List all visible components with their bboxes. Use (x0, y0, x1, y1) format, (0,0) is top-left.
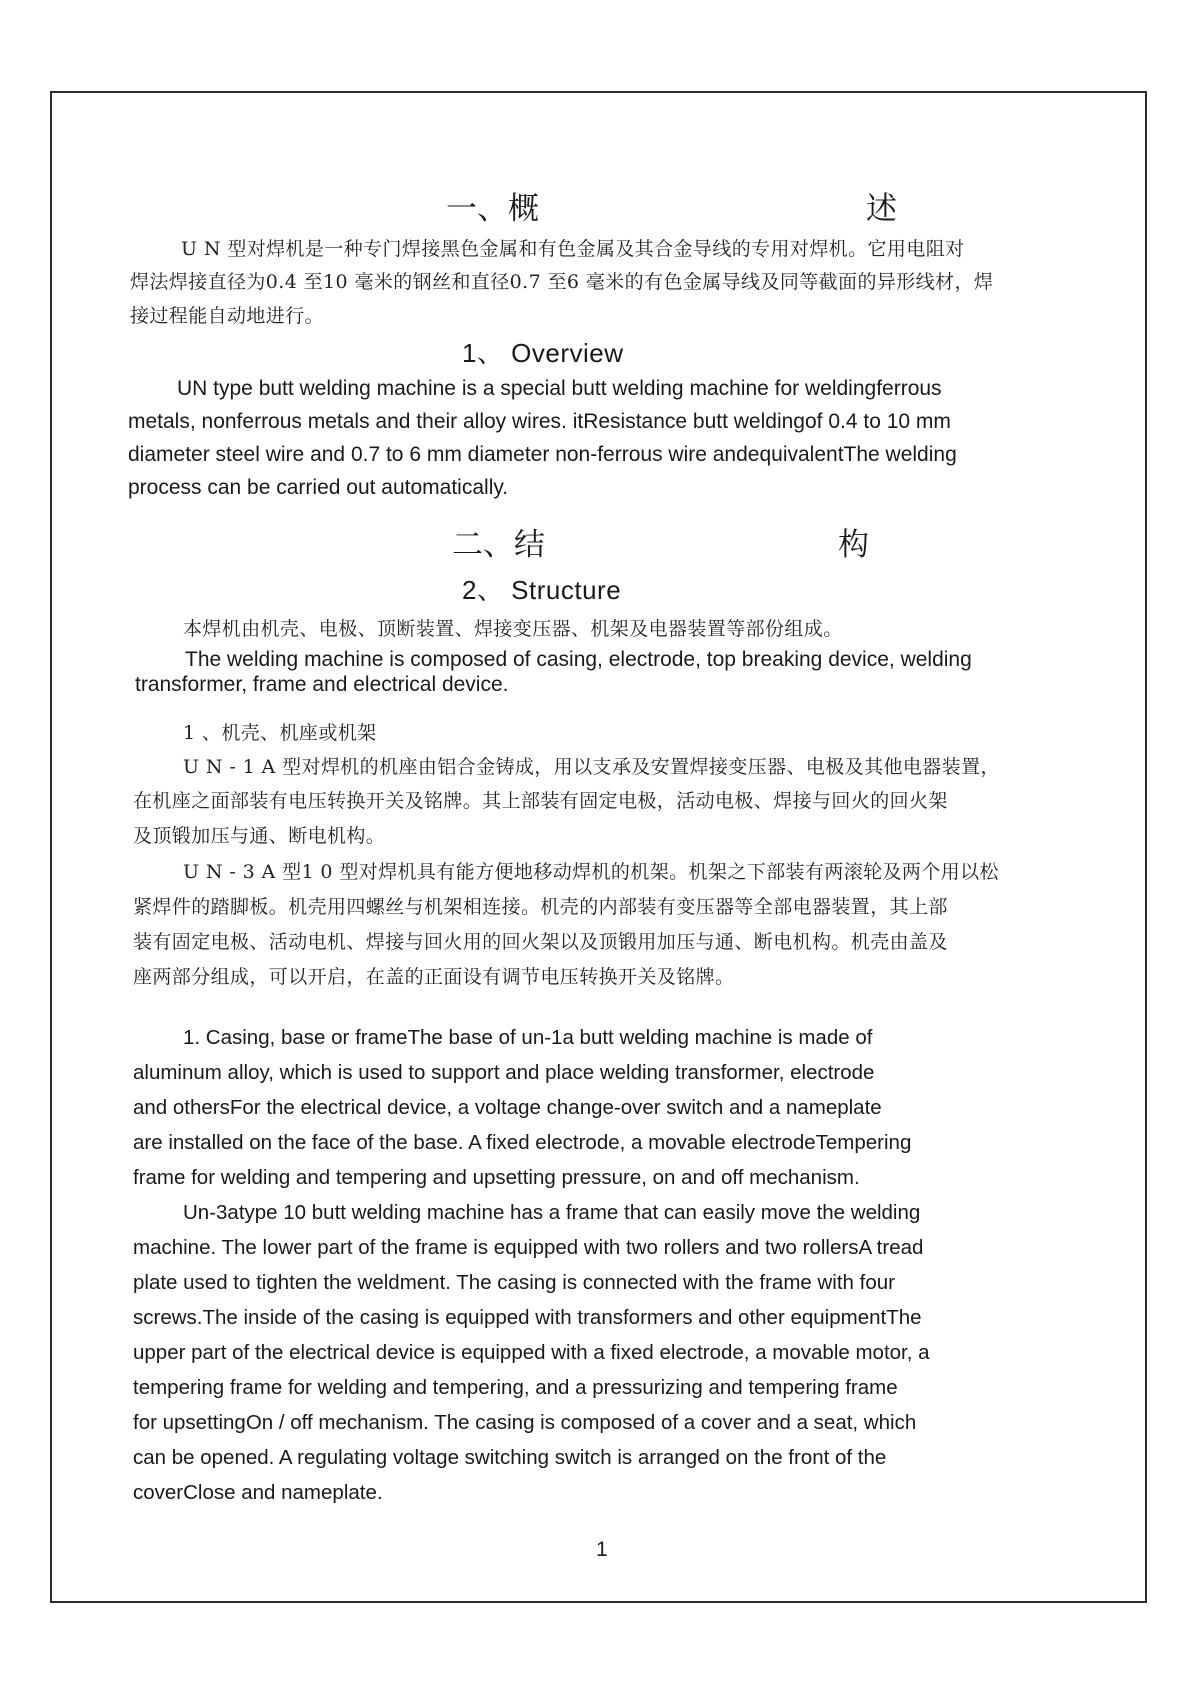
section2-en-para2-line: Un-3atype 10 butt welding machine has a … (183, 1201, 920, 1225)
section1-zh-line: 接过程能自动地进行。 (130, 301, 324, 328)
section1-en-line: process can be carried out automatically… (128, 476, 508, 500)
section2-zh-para1-line: 及顶锻加压与通、断电机构。 (133, 821, 385, 848)
section2-zh-para2-line: 紧焊件的踏脚板。机壳用四螺丝与机架相连接。机壳的内部装有变压器等全部电器装置，其… (133, 892, 948, 919)
section1-zh-title-left: 一、概 (446, 183, 539, 228)
section2-zh-para2-line: 装有固定电极、活动电机、焊接与回火用的回火架以及顶锻用加压与通、断电机构。机壳由… (133, 927, 948, 954)
section2-en-para2-line: can be opened. A regulating voltage swit… (133, 1446, 886, 1470)
section1-en-title: 1、 Overview (462, 333, 624, 370)
section2-en-para2-line: coverClose and nameplate. (133, 1481, 383, 1505)
section2-zh-sub-heading: 1 、机壳、机座或机架 (183, 718, 377, 745)
section2-zh-para2-line: U N - 3 A 型1 0 型对焊机具有能方便地移动焊机的机架。机架之下部装有… (183, 857, 999, 884)
section2-en-para1-line: are installed on the face of the base. A… (133, 1131, 911, 1155)
section2-en-intro-line: transformer, frame and electrical device… (135, 673, 509, 697)
section2-zh-para1-line: U N - 1 A 型对焊机的机座由铝合金铸成，用以支承及安置焊接变压器、电极及… (183, 752, 1000, 779)
section1-en-line: metals, nonferrous metals and their allo… (128, 410, 951, 434)
section2-zh-para2-line: 座两部分组成，可以开启，在盖的正面设有调节电压转换开关及铭牌。 (133, 962, 734, 989)
section2-en-para2-line: screws.The inside of the casing is equip… (133, 1306, 922, 1330)
section2-zh-title-left: 二、结 (452, 519, 545, 564)
section2-en-para1-line: frame for welding and tempering and upse… (133, 1166, 860, 1190)
section1-zh-title-right: 述 (866, 183, 897, 228)
section1-zh-line: U N 型对焊机是一种专门焊接黑色金属和有色金属及其合金导线的专用对焊机。它用电… (181, 234, 965, 261)
section2-en-para1-line: aluminum alloy, which is used to support… (133, 1061, 874, 1085)
section2-zh-title-right: 构 (838, 519, 869, 564)
page-number: 1 (596, 1538, 608, 1562)
section2-en-title: 2、 Structure (462, 570, 621, 607)
section2-en-para2-line: machine. The lower part of the frame is … (133, 1236, 923, 1260)
section1-en-line: UN type butt welding machine is a specia… (177, 377, 942, 401)
section2-zh-intro: 本焊机由机壳、电极、顶断装置、焊接变压器、机架及电器装置等部份组成。 (183, 614, 843, 641)
section2-en-para2-line: tempering frame for welding and temperin… (133, 1376, 898, 1400)
section2-en-intro-line: The welding machine is composed of casin… (185, 648, 972, 672)
section2-en-para1-line: and othersFor the electrical device, a v… (133, 1096, 882, 1120)
section1-en-line: diameter steel wire and 0.7 to 6 mm diam… (128, 443, 957, 467)
section2-en-para2-line: plate used to tighten the weldment. The … (133, 1271, 895, 1295)
section2-zh-para1-line: 在机座之面部装有电压转换开关及铭牌。其上部装有固定电极，活动电极、焊接与回火的回… (133, 786, 948, 813)
section1-zh-line: 焊法焊接直径为0.4 至10 毫米的钢丝和直径0.7 至6 毫米的有色金属导线及… (130, 267, 993, 294)
section2-en-para2-line: for upsettingOn / off mechanism. The cas… (133, 1411, 916, 1435)
section2-en-para1-line: 1. Casing, base or frameThe base of un-1… (183, 1026, 872, 1050)
section2-en-para2-line: upper part of the electrical device is e… (133, 1341, 930, 1365)
